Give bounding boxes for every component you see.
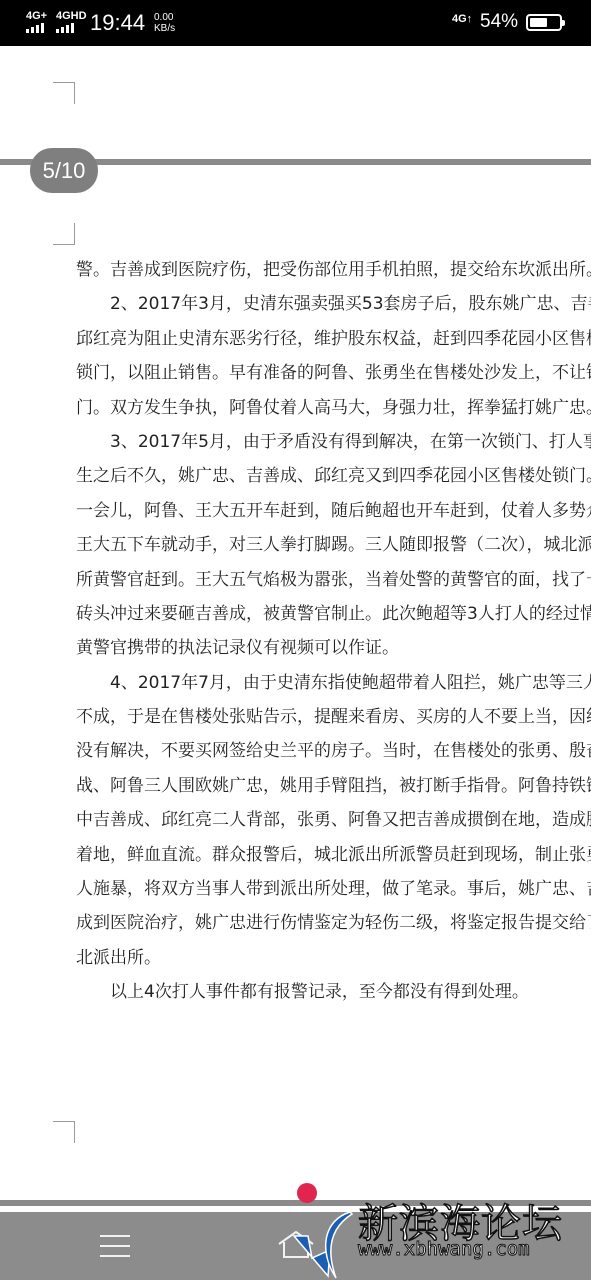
battery-icon: [526, 14, 562, 31]
doc-line: 黄警官携带的执法记录仪有视频可以作证。: [76, 631, 591, 665]
document-body: 警。吉善成到医院疗伤，把受伤部位用手机拍照，提交给东坎派出所。 2、2017年3…: [76, 253, 591, 1010]
forum-watermark-logo: 新滨海论坛 www.xbhwang.com: [260, 1180, 591, 1280]
doc-line: 邱红亮为阻止史清东恶劣行径，维护股东权益，赶到四季花园小区售楼处: [76, 322, 591, 356]
doc-line: 战、阿鲁三人围欧姚广忠，姚用手臂阻挡，被打断手指骨。阿鲁持铁锹打: [76, 769, 591, 803]
logo-swoosh-icon: [290, 1210, 360, 1280]
signal-4g-icon: 4G↑: [452, 13, 472, 25]
doc-line: 人施暴，将双方当事人带到派出所处理，做了笔录。事后，姚广忠、吉善: [76, 872, 591, 906]
doc-line: 锁门，以阻止销售。早有准备的阿鲁、张勇坐在售楼处沙发上，不让锁: [76, 356, 591, 390]
doc-line: 2、2017年3月，史清东强卖强买53套房子后，股东姚广忠、吉善成、: [76, 287, 591, 321]
battery-percent: 54%: [480, 11, 518, 33]
doc-line: 一会儿，阿鲁、王大五开车赶到，随后鲍超也开车赶到，仗着人多势众: [76, 494, 591, 528]
page-corner-mark: [53, 1121, 75, 1143]
doc-line: 所黄警官赶到。王大五气焰极为嚣张，当着处警的黄警官的面，找了一块: [76, 563, 591, 597]
logo-dot-icon: [297, 1183, 317, 1203]
network-speed: 0.00 KB/s: [154, 12, 175, 34]
clock: 19:44: [90, 10, 145, 36]
doc-line: 北派出所。: [76, 941, 591, 975]
doc-line: 生之后不久，姚广忠、吉善成、邱红亮又到四季花园小区售楼处锁门。不: [76, 459, 591, 493]
doc-line: 王大五下车就动手，对三人拳打脚踢。三人随即报警（二次），城北派出: [76, 528, 591, 562]
doc-line: 警。吉善成到医院疗伤，把受伤部位用手机拍照，提交给东坎派出所。: [76, 253, 591, 287]
hamburger-menu-icon[interactable]: [100, 1235, 130, 1257]
signal-4g-plus-icon: 4G+: [26, 11, 47, 33]
signal-4g-hd-icon: 4GHD: [56, 11, 87, 33]
page-indicator: 5/10: [30, 148, 98, 193]
page-corner-mark: [53, 82, 75, 104]
watermark-url: www.xbhwang.com: [358, 1238, 530, 1260]
status-bar: 4G+ 4GHD 19:44 0.00 KB/s 4G↑ 54%: [0, 0, 591, 46]
page-corner-mark: [53, 223, 75, 245]
doc-line: 门。双方发生争执，阿鲁仗着人高马大，身强力壮，挥拳猛打姚广忠。: [76, 391, 591, 425]
doc-line: 不成，于是在售楼处张贴告示，提醒来看房、买房的人不要上当，因纠纷: [76, 700, 591, 734]
doc-line: 砖头冲过来要砸吉善成，被黄警官制止。此次鲍超等3人打人的经过情况: [76, 597, 591, 631]
doc-line: 着地，鲜血直流。群众报警后，城北派出所派警员赶到现场，制止张勇等: [76, 838, 591, 872]
doc-line: 中吉善成、邱红亮二人背部，张勇、阿鲁又把吉善成掼倒在地，造成膝盖: [76, 803, 591, 837]
doc-line: 没有解决，不要买网签给史兰平的房子。当时，在售楼处的张勇、殷奋: [76, 734, 591, 768]
doc-line: 3、2017年5月，由于矛盾没有得到解决，在第一次锁门、打人事件发: [76, 425, 591, 459]
doc-line: 成到医院治疗，姚广忠进行伤情鉴定为轻伤二级，将鉴定报告提交给了城: [76, 906, 591, 940]
doc-line: 以上4次打人事件都有报警记录，至今都没有得到处理。: [76, 975, 591, 1009]
doc-line: 4、2017年7月，由于史清东指使鲍超带着人阻拦，姚广忠等三人锁门: [76, 666, 591, 700]
